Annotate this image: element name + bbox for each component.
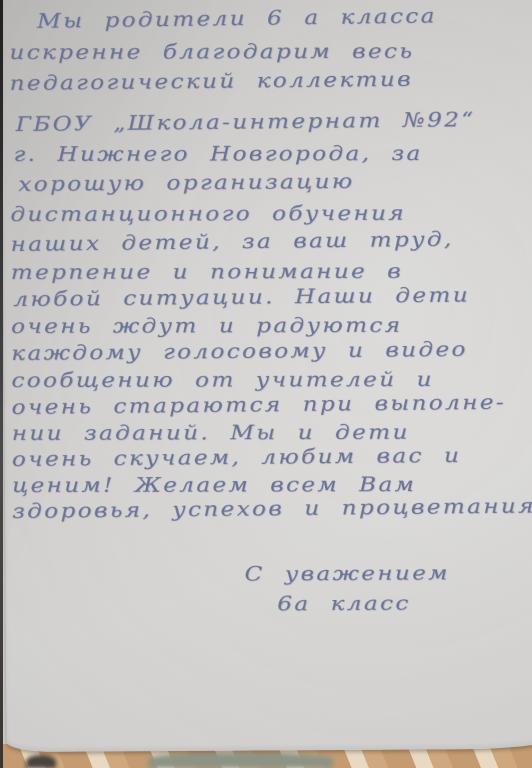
letter-line: каждому голосовому и видео	[11, 335, 532, 367]
signature-class: 6а класс	[277, 587, 532, 619]
handwritten-letter-body: Мы родители 6 а класса искренне благодар…	[9, 3, 532, 620]
letter-line: наших детей, за ваш труд,	[10, 222, 532, 258]
photo-of-handwritten-letter: Мы родители 6 а класса искренне благодар…	[0, 0, 532, 768]
green-object-on-table	[148, 753, 333, 768]
letter-line: любой ситуации. Наши дети	[13, 281, 532, 313]
letter-paper-sheet: Мы родители 6 а класса искренне благодар…	[2, 0, 532, 752]
letter-signature: С уважением 6а класс	[244, 557, 532, 619]
letter-line: педагогический коллектив	[9, 62, 532, 99]
dark-object-on-table	[26, 755, 56, 768]
letter-line: хорошую организацию	[18, 164, 532, 199]
letter-line: здоровья, успехов и процветания!	[12, 492, 532, 524]
letter-line: Мы родители 6 а класса	[37, 0, 532, 37]
letter-line: очень стараются при выполне-	[11, 388, 532, 420]
letter-line: ГБОУ „Школа-интернат №92“	[15, 103, 532, 139]
signature-closing: С уважением	[244, 557, 532, 589]
letter-line: очень скучаем, любим вас и	[12, 441, 532, 472]
photo-edge-shadow	[0, 0, 3, 768]
